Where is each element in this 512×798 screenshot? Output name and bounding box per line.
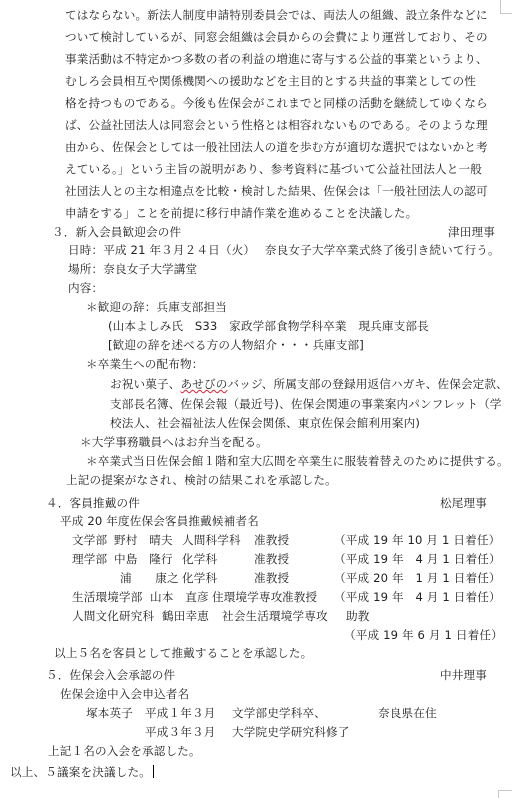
section-heading: ４．客員推戴の件 bbox=[46, 496, 140, 510]
page-corner-mark-top-right-v bbox=[500, 0, 501, 14]
candidate-appointed: （平成 19 年 10 月 1 日着任） bbox=[334, 533, 500, 547]
applicant-residence: 奈良県在住 bbox=[378, 706, 437, 720]
candidate-faculty: 文学部 bbox=[72, 533, 107, 547]
page-corner-mark-bottom-right-h bbox=[498, 790, 512, 791]
handouts-line: お祝い菓子、あせびのバッジ、所属支部の登録用返信ハガキ、佐保会定款、 bbox=[110, 377, 508, 391]
candidate-appointed: （平成 19 年 4 月 1 日着任） bbox=[334, 590, 501, 604]
event-datetime: 日時：平成 21 年３月２４日（火） 奈良女子大学卒業式終了後引き続いて行う。 bbox=[68, 243, 500, 257]
paragraph-line: 社団法人との主な相違点を比較・検討した結果、佐保会は「一般社団法人の認可 bbox=[65, 184, 488, 198]
candidate-dept: 社会生活環境学専攻 bbox=[222, 609, 328, 623]
handouts-text: お祝い菓子、 bbox=[110, 377, 180, 391]
candidate-name: 浦 康之 bbox=[120, 571, 179, 585]
paragraph-line: 申請をする」ことを前提に移行申請作業を進めることを決議した。 bbox=[65, 206, 417, 220]
paragraph-line: てはならない。新法人制度申請特別委員会では、両法人の組織、設立条件などに bbox=[65, 8, 488, 22]
candidate-title: 准教授 bbox=[254, 552, 289, 566]
page-corner-mark-top-right-h bbox=[500, 13, 512, 14]
candidate-title: 准教授 bbox=[254, 533, 289, 547]
paragraph-line: ば、公益社団法人は同窓会という性格とは相容れないものである。そのような理 bbox=[65, 118, 488, 132]
paragraph-line: ついて検討しているが、同窓会組織は会員からの会費により運営しており、その bbox=[65, 30, 488, 44]
welcome-person: (山本よしみ氏 S33 家政学部食物学科卒業 現兵庫支部長 bbox=[108, 319, 429, 333]
handouts-text: バッジ、所属支部の登録用返信ハガキ、佐保会定款、 bbox=[227, 377, 507, 391]
applicant-history-date: 平成１年３月 bbox=[145, 706, 215, 720]
candidate-name: 山本 直彦 bbox=[150, 590, 209, 604]
welcome-intro: [歓迎の辞を述べる方の人物紹介・・・兵庫支部] bbox=[108, 338, 364, 352]
paragraph-line: 由から、佐保会としては一般社団法人の道を歩む方が適切な選択ではないかと考 bbox=[65, 140, 488, 154]
closing-statement: 以上、５議案を決議した。 bbox=[10, 765, 154, 779]
content-label: 内容： bbox=[68, 281, 103, 295]
section-presenter: 松尾理事 bbox=[440, 496, 487, 510]
page-corner-mark-bottom-right-v bbox=[498, 790, 499, 798]
paragraph-line: えている。」という主旨の説明があり、参考資料に基づいて公益社団法人と一般 bbox=[65, 162, 482, 176]
section-result: 上記の提案がなされ、検討の結果これを承認した。 bbox=[66, 473, 337, 487]
applicant-history-desc: 大学院史学研究科修了 bbox=[232, 725, 349, 739]
section-heading: ３．新入会員歓迎会の件 bbox=[52, 225, 181, 239]
applicant-name: 塚本英子 bbox=[86, 706, 133, 720]
paragraph-line: むしろ会員相互や関係機関への援助などを主目的とする共益的事業としての性 bbox=[65, 74, 476, 88]
handouts-line: 支部長名簿、佐保会報（最近号)、佐保会関連の事業案内パンフレット（学 bbox=[110, 397, 502, 411]
candidate-name: 中島 隆行 bbox=[114, 552, 173, 566]
room-note: ＊卒業式当日佐保会館１階和室大広間を卒業生に服装着替えのために提供する。 bbox=[86, 454, 509, 468]
candidate-dept: 住環境学専攻 bbox=[212, 590, 282, 604]
closing-text: 以上、５議案を決議した。 bbox=[10, 765, 151, 779]
candidate-faculty: 理学部 bbox=[72, 552, 107, 566]
candidate-dept: 化学科 bbox=[182, 571, 217, 585]
spellcheck-flagged-word[interactable]: あせびの bbox=[180, 377, 227, 391]
section-presenter: 中井理事 bbox=[440, 668, 487, 682]
handouts-label: ＊卒業生への配布物： bbox=[86, 357, 203, 371]
candidate-appointed: （平成 19 年 4 月 1 日着任） bbox=[334, 552, 501, 566]
applicant-list-title: 佐保会途中入会申込者名 bbox=[60, 687, 189, 701]
section-result: 上記１名の入会を承認した。 bbox=[48, 744, 201, 758]
welcome-speech: ＊歓迎の辞：兵庫支部担当 bbox=[86, 300, 227, 314]
candidate-title: 准教授 bbox=[254, 571, 289, 585]
text-cursor bbox=[153, 765, 155, 778]
candidate-title: 准教授 bbox=[282, 590, 317, 604]
section-presenter: 津田理事 bbox=[448, 225, 495, 239]
candidate-dept: 人間科学科 bbox=[182, 533, 241, 547]
applicant-history-desc: 文学部史学科卒、 bbox=[232, 706, 326, 720]
candidate-list-title: 平成 20 年度佐保会客員推戴候補者名 bbox=[60, 514, 259, 528]
candidate-faculty: 人間文化研究科 bbox=[72, 609, 154, 623]
candidate-appointed: （平成 19 年 6 月 1 日着任） bbox=[344, 628, 503, 642]
candidate-name: 野村 晴夫 bbox=[114, 533, 173, 547]
section-heading: ５．佐保会入会承認の件 bbox=[46, 668, 175, 682]
applicant-history-date: 平成３年３月 bbox=[145, 725, 215, 739]
event-place: 場所：奈良女子大学講堂 bbox=[68, 262, 197, 276]
candidate-faculty: 生活環境学部 bbox=[72, 590, 142, 604]
paragraph-line: 事業活動は不特定かつ多数の者の利益の増進に寄与する公益的事業というより、 bbox=[65, 52, 488, 66]
section-result: 以上５名を客員として推戴することを承認した。 bbox=[54, 646, 312, 660]
candidate-dept: 化学科 bbox=[182, 552, 217, 566]
candidate-title: 助教 bbox=[346, 609, 370, 623]
handouts-line: 校法人、社会福祉法人佐保会関係、東京佐保会館利用案内) bbox=[110, 416, 420, 430]
candidate-name: 鶴田幸恵 bbox=[162, 609, 209, 623]
lunch-note: ＊大学事務職員へはお弁当を配る。 bbox=[80, 435, 268, 449]
paragraph-line: 格を持つものである。今後も佐保会がこれまでと同様の活動を継続してゆくなら bbox=[65, 96, 488, 110]
candidate-appointed: （平成 20 年 1 月 1 日着任） bbox=[334, 571, 501, 585]
